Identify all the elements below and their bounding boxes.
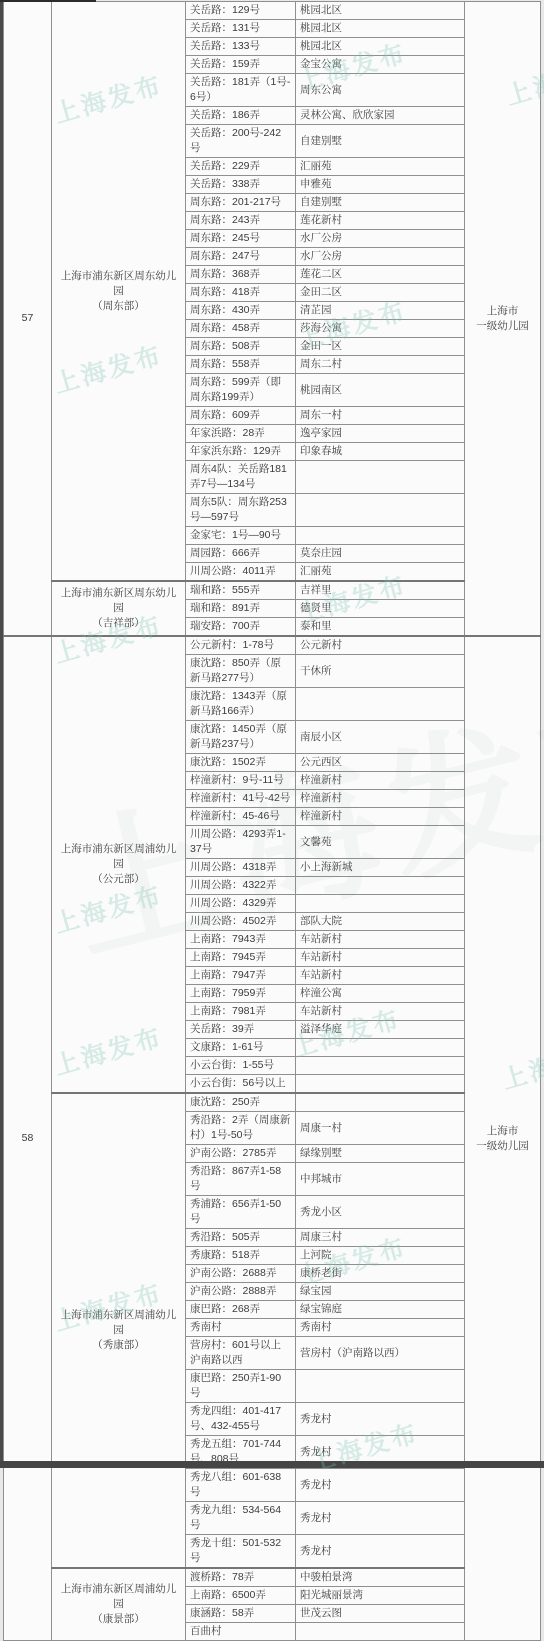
kindergarten-cell: 上海市浦东新区周浦幼儿园（秀康部） [52,1093,186,1468]
estate-cell: 公元新村 [296,636,465,655]
kindergarten-cell: 上海市浦东新区周浦幼儿园（公元部） [52,636,186,1093]
address-cell: 小云台街：56号以上 [186,1075,296,1094]
estate-cell: 干休所 [296,655,465,688]
estate-cell: 车站新村 [296,967,465,985]
estate-cell: 周东一村 [296,407,465,425]
address-cell: 年家浜东路：129弄 [186,443,296,461]
address-cell: 金家宅：1号—90号 [186,527,296,545]
estate-cell: 泰和里 [296,618,465,637]
address-cell: 瑞安路：700弄 [186,618,296,637]
address-cell: 秀南村 [186,1319,296,1337]
address-cell: 梓潼新村：9号-11号 [186,772,296,790]
table-row: 58上海市浦东新区周浦幼儿园（公元部）公元新村：1-78号公元新村上海市一级幼儿… [4,636,541,655]
estate-cell: 金宝公寓 [296,56,465,74]
estate-cell: 莫奈庄园 [296,545,465,563]
address-cell: 康沈路：850弄（原新马路277号） [186,655,296,688]
estate-cell [296,688,465,721]
address-cell: 关岳路：129号 [186,2,296,20]
estate-cell: 梓潼新村 [296,772,465,790]
estate-cell: 德贤里 [296,600,465,618]
address-cell: 秀浦路：656弄1-50号 [186,1196,296,1229]
address-cell: 关岳路：229弄 [186,158,296,176]
estate-cell: 莲花新村 [296,212,465,230]
address-cell: 关岳路：338弄 [186,176,296,194]
address-cell: 周东路：430弄 [186,302,296,320]
address-cell: 上南路：7943弄 [186,931,296,949]
address-cell: 川周公路：4318弄 [186,859,296,877]
estate-cell: 周东公寓 [296,74,465,107]
address-cell: 周东路：599弄（即周东路199弄） [186,374,296,407]
kindergarten-name: 上海市浦东新区周浦幼儿园 [56,1308,181,1338]
photo-edge-left [0,0,3,1468]
estate-cell: 逸亭家园 [296,425,465,443]
estate-cell: 水厂公房 [296,248,465,266]
kindergarten-branch: （秀康部） [56,1338,181,1353]
estate-cell: 周康三村 [296,1229,465,1247]
photo-edge-top [0,0,96,2]
estate-cell [296,1370,465,1403]
address-cell: 周东路：418弄 [186,284,296,302]
table-row: 57上海市浦东新区周东幼儿园（周东部）关岳路：129号桃园北区上海市一级幼儿园 [4,2,541,20]
estate-cell: 申雅苑 [296,176,465,194]
estate-cell: 清芷园 [296,302,465,320]
address-cell: 秀沿路：505弄 [186,1229,296,1247]
estate-cell: 营房村（沪南路以西） [296,1337,465,1370]
address-cell: 川周公路：4011弄 [186,563,296,582]
estate-cell: 文馨苑 [296,826,465,859]
kindergarten-name: 上海市浦东新区周东幼儿园 [56,269,181,299]
address-cell: 上南路：7947弄 [186,967,296,985]
level-line: 一级幼儿园 [469,1139,536,1154]
estate-cell [296,1057,465,1075]
estate-cell: 秀龙村 [296,1403,465,1436]
address-cell: 小云台街：1-55号 [186,1057,296,1075]
address-cell: 川周公路：4322弄 [186,877,296,895]
estate-cell: 汇丽苑 [296,158,465,176]
estate-cell: 秀南村 [296,1319,465,1337]
estate-cell: 康桥老街 [296,1265,465,1283]
address-cell: 康沈路：250弄 [186,1093,296,1112]
section-number-cell: 58 [4,636,52,1468]
address-cell: 关岳路：133号 [186,38,296,56]
level-cell: 上海市一级幼儿园 [465,636,541,1468]
estate-cell: 吉祥里 [296,581,465,600]
estate-cell: 金田一区 [296,338,465,356]
estate-cell: 溢泽华庭 [296,1021,465,1039]
address-cell: 沪南公路：2785弄 [186,1145,296,1163]
level-cell: 上海市一级幼儿园 [465,2,541,637]
kindergarten-name: 上海市浦东新区周东幼儿园 [56,586,181,616]
estate-cell: 桃园北区 [296,2,465,20]
address-cell: 周东路：247号 [186,248,296,266]
address-cell: 康巴路：250弄1-90号 [186,1370,296,1403]
address-cell: 川周公路：4293弄1-37号 [186,826,296,859]
address-cell: 瑞和路：891弄 [186,600,296,618]
address-cell: 周东路：609弄 [186,407,296,425]
estate-cell: 部队大院 [296,913,465,931]
estate-cell: 印象春城 [296,443,465,461]
kindergarten-cell: 上海市浦东新区周东幼儿园（吉祥部） [52,581,186,636]
address-cell: 关岳路：131号 [186,20,296,38]
estate-cell: 桃园北区 [296,20,465,38]
address-cell: 沪南公路：2688弄 [186,1265,296,1283]
address-cell: 周东路：458弄 [186,320,296,338]
photo-edge-bottom [0,1461,544,1468]
estate-cell: 金田二区 [296,284,465,302]
address-cell: 关岳路：200号-242号 [186,125,296,158]
estate-cell: 小上海新城 [296,859,465,877]
estate-cell: 绿宝园 [296,1283,465,1301]
address-cell: 秀沿路：2弄（周康新村）1号-50号 [186,1112,296,1145]
address-cell: 川周公路：4502弄 [186,913,296,931]
address-cell: 康巴路：268弄 [186,1301,296,1319]
table-row: 上海市浦东新区周浦幼儿园（秀康部）康沈路：250弄 [4,1093,541,1112]
address-cell: 梓潼新村：41号-42号 [186,790,296,808]
level-line: 一级幼儿园 [469,319,536,334]
address-cell: 周东路：245号 [186,230,296,248]
address-cell: 康沈路：1450弄（原新马路237号） [186,721,296,754]
address-cell: 周东4队：关岳路181弄7号—134号 [186,461,296,494]
address-cell: 秀康路：518弄 [186,1247,296,1265]
address-cell: 关岳路：159弄 [186,56,296,74]
address-cell: 周东5队：周东路253号—597号 [186,494,296,527]
address-cell: 康沈路：1502弄 [186,754,296,772]
estate-cell: 桃园北区 [296,38,465,56]
estate-cell: 上河院 [296,1247,465,1265]
address-cell: 康沈路：1343弄（原新马路166弄） [186,688,296,721]
address-cell: 梓潼新村：45-46号 [186,808,296,826]
estate-cell: 周康一村 [296,1112,465,1145]
address-cell: 秀沿路：867弄1-58号 [186,1163,296,1196]
estate-cell: 梓潼新村 [296,790,465,808]
estate-cell: 车站新村 [296,949,465,967]
address-cell: 周园路：666弄 [186,545,296,563]
address-cell: 关岳路：181弄（1号-6号） [186,74,296,107]
table-row: 上海市浦东新区周东幼儿园（吉祥部）瑞和路：555弄吉祥里 [4,581,541,600]
estate-cell [296,1093,465,1112]
address-cell: 年家浜路：28弄 [186,425,296,443]
estate-cell: 自建别墅 [296,125,465,158]
estate-cell [296,895,465,913]
address-cell: 周东路：201-217号 [186,194,296,212]
allocation-table: 57上海市浦东新区周东幼儿园（周东部）关岳路：129号桃园北区上海市一级幼儿园关… [3,1,541,1468]
kindergarten-branch: （吉祥部） [56,616,181,631]
address-cell: 瑞和路：555弄 [186,581,296,600]
estate-cell: 车站新村 [296,1003,465,1021]
estate-cell: 莎海公寓 [296,320,465,338]
address-cell: 川周公路：4329弄 [186,895,296,913]
address-cell: 周东路：558弄 [186,356,296,374]
estate-cell [296,1039,465,1057]
address-cell: 上南路：7981弄 [186,1003,296,1021]
address-cell: 营房村：601号以上沪南路以西 [186,1337,296,1370]
address-cell: 周东路：508弄 [186,338,296,356]
estate-cell [296,877,465,895]
estate-cell: 梓潼公寓 [296,985,465,1003]
address-cell: 上南路：7959弄 [186,985,296,1003]
estate-cell [296,1075,465,1094]
estate-cell: 梓潼新村 [296,808,465,826]
estate-cell: 桃园南区 [296,374,465,407]
address-cell: 公元新村：1-78号 [186,636,296,655]
estate-cell: 灵林公寓、欣欣家园 [296,107,465,125]
estate-cell: 公元西区 [296,754,465,772]
address-cell: 文康路：1-61号 [186,1039,296,1057]
kindergarten-name: 上海市浦东新区周浦幼儿园 [56,842,181,872]
kindergarten-branch: （周东部） [56,299,181,314]
address-cell: 周东路：368弄 [186,266,296,284]
address-cell: 周东路：243弄 [186,212,296,230]
estate-cell [296,494,465,527]
address-cell: 沪南公路：2888弄 [186,1283,296,1301]
estate-cell: 绿宝锦庭 [296,1301,465,1319]
kindergarten-cell: 上海市浦东新区周东幼儿园（周东部） [52,2,186,582]
address-cell: 关岳路：186弄 [186,107,296,125]
estate-cell: 中邦城市 [296,1163,465,1196]
level-line: 上海市 [469,304,536,319]
estate-cell: 莲花二区 [296,266,465,284]
page: 57上海市浦东新区周东幼儿园（周东部）关岳路：129号桃园北区上海市一级幼儿园关… [0,0,544,1468]
estate-cell: 南辰小区 [296,721,465,754]
address-cell: 关岳路：39弄 [186,1021,296,1039]
estate-cell [296,461,465,494]
estate-cell: 秀龙小区 [296,1196,465,1229]
estate-cell [296,527,465,545]
address-cell: 秀龙四组：401-417号、432-455号 [186,1403,296,1436]
address-cell: 上南路：7945弄 [186,949,296,967]
estate-cell: 自建别墅 [296,194,465,212]
estate-cell: 汇丽苑 [296,563,465,582]
level-line: 上海市 [469,1124,536,1139]
estate-cell: 绿缘别墅 [296,1145,465,1163]
estate-cell: 周东二村 [296,356,465,374]
kindergarten-branch: （公元部） [56,872,181,887]
section-number-cell: 57 [4,2,52,637]
estate-cell: 车站新村 [296,931,465,949]
estate-cell: 水厂公房 [296,230,465,248]
